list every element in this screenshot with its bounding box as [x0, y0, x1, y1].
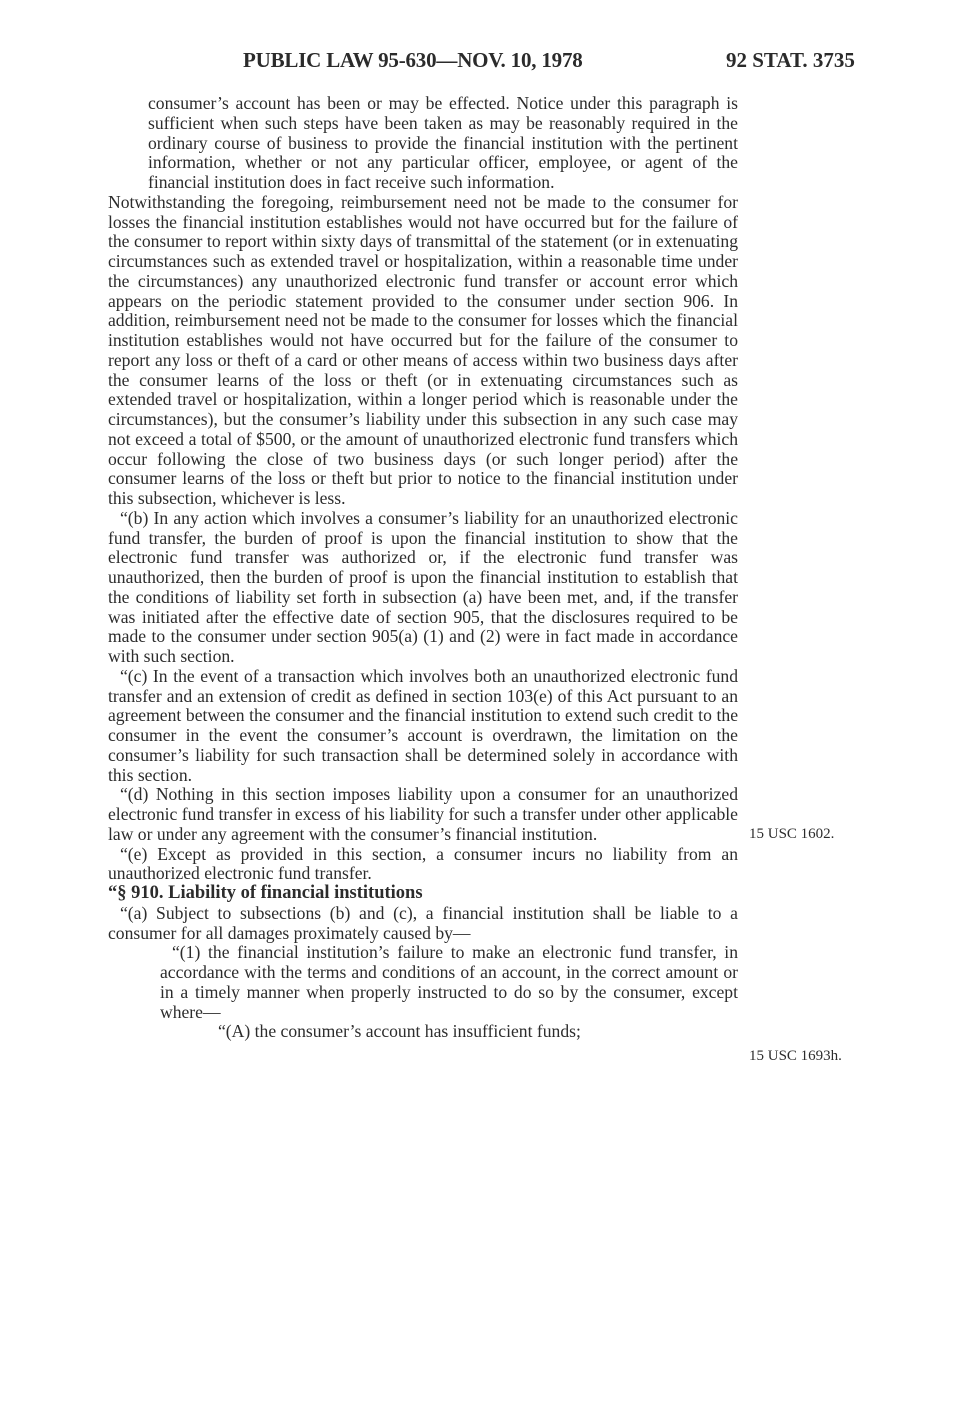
subsection-b: “(b) In any action which involves a cons…	[108, 509, 738, 667]
section-910-heading: “§ 910. Liability of financial instituti…	[108, 884, 738, 904]
statute-page-reference: 92 STAT. 3735	[726, 48, 855, 73]
section-910-subparagraph-A: “(A) the consumer’s account has insuffic…	[108, 1022, 738, 1042]
margin-note-usc-1602: 15 USC 1602.	[749, 826, 834, 843]
subsection-c: “(c) In the event of a transaction which…	[108, 667, 738, 786]
section-910-paragraph-1: “(1) the financial institution’s failure…	[108, 943, 738, 1022]
notwithstanding-paragraph: Notwithstanding the foregoing, reimburse…	[108, 193, 738, 509]
continued-paragraph: consumer’s account has been or may be ef…	[108, 94, 738, 193]
margin-note-usc-1693h: 15 USC 1693h.	[749, 1048, 842, 1065]
body-text: consumer’s account has been or may be ef…	[108, 94, 738, 1042]
subsection-e: “(e) Except as provided in this section,…	[108, 845, 738, 885]
running-head: PUBLIC LAW 95-630—NOV. 10, 1978	[243, 48, 583, 73]
document-page: PUBLIC LAW 95-630—NOV. 10, 1978 92 STAT.…	[0, 0, 958, 1421]
section-910-subsection-a: “(a) Subject to subsections (b) and (c),…	[108, 904, 738, 944]
subsection-d: “(d) Nothing in this section imposes lia…	[108, 785, 738, 844]
